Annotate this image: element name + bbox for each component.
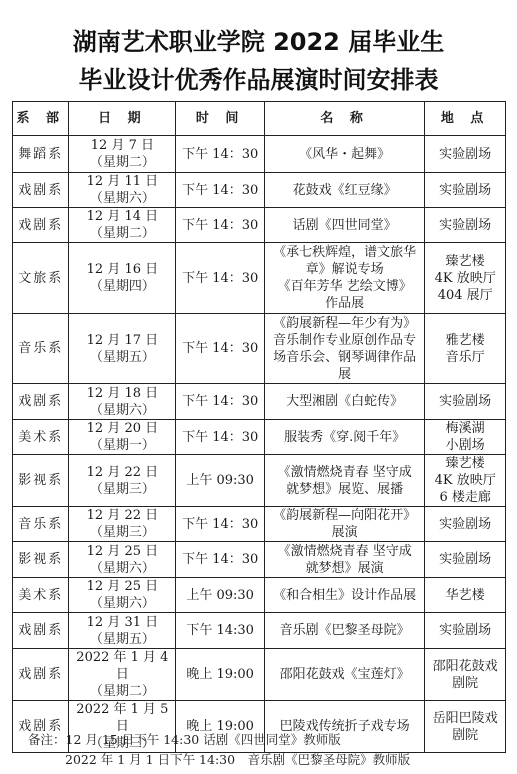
cell-name: 大型湘剧《白蛇传》	[265, 384, 425, 420]
cell-venue: 臻艺楼4K 放映厅404 展厅	[425, 243, 506, 314]
cell-date-line: （星期二）	[71, 225, 173, 242]
table-body: 舞蹈系12 月 7 日（星期二）下午 14：30《风华・起舞》实验剧场戏剧系12…	[13, 136, 506, 753]
cell-date-line: （星期六）	[71, 190, 173, 207]
cell-name-line: 场音乐会、钢琴调律作品	[267, 349, 422, 366]
cell-time: 下午 14：30	[176, 542, 265, 578]
cell-venue-line: 雅艺楼	[427, 332, 503, 349]
header-date: 日 期	[69, 102, 176, 136]
cell-name-line: 音乐制作专业原创作品专	[267, 332, 422, 349]
cell-time: 下午 14：30	[176, 420, 265, 455]
table-row: 戏剧系12 月 11 日（星期六）下午 14：30花鼓戏《红豆缘》实验剧场	[13, 173, 506, 208]
table-row: 戏剧系2022 年 1 月 4 日（星期二）晚上 19:00邵阳花鼓戏《宝莲灯》…	[13, 649, 506, 701]
cell-name: 《承七秩辉煌，谱文旅华章》解说专场《百年芳华 艺绘文博》作品展	[265, 243, 425, 314]
cell-venue-line: 404 展厅	[427, 287, 503, 304]
cell-venue: 实验剧场	[425, 507, 506, 542]
cell-date: 12 月 17 日（星期五）	[69, 314, 176, 384]
cell-date: 12 月 31 日（星期五）	[69, 613, 176, 649]
cell-venue-line: 实验剧场	[427, 146, 503, 163]
cell-time: 下午 14：30	[176, 314, 265, 384]
cell-department: 戏剧系	[13, 173, 69, 208]
cell-name: 《激情燃烧青春 坚守成就梦想》展览、展播	[265, 455, 425, 507]
cell-date-line: 2022 年 1 月 4 日	[71, 649, 173, 683]
table-row: 文旅系12 月 16 日（星期四）下午 14：30《承七秩辉煌，谱文旅华章》解说…	[13, 243, 506, 314]
cell-department: 影视系	[13, 455, 69, 507]
header-venue: 地 点	[425, 102, 506, 136]
cell-date: 12 月 22 日（星期三）	[69, 455, 176, 507]
cell-venue: 实验剧场	[425, 136, 506, 173]
cell-name: 《风华・起舞》	[265, 136, 425, 173]
cell-department: 文旅系	[13, 243, 69, 314]
cell-venue-line: 臻艺楼	[427, 455, 503, 472]
cell-time: 下午 14：30	[176, 384, 265, 420]
header-time: 时 间	[176, 102, 265, 136]
cell-name: 《韵展新程—向阳花开》展演	[265, 507, 425, 542]
cell-date: 12 月 25 日（星期六）	[69, 542, 176, 578]
cell-time: 下午 14：30	[176, 243, 265, 314]
cell-name: 话剧《四世同堂》	[265, 208, 425, 243]
cell-date: 12 月 20 日（星期一）	[69, 420, 176, 455]
cell-time: 下午 14：30	[176, 136, 265, 173]
cell-department: 舞蹈系	[13, 136, 69, 173]
cell-date: 12 月 25 日（星期六）	[69, 578, 176, 613]
cell-venue: 岳阳巴陵戏剧院	[425, 701, 506, 753]
cell-name-line: 就梦想》展演	[267, 560, 422, 577]
cell-name-line: 章》解说专场	[267, 261, 422, 278]
cell-department: 戏剧系	[13, 384, 69, 420]
cell-time: 下午 14：30	[176, 208, 265, 243]
cell-date-line: 12 月 31 日	[71, 614, 173, 631]
cell-venue-line: 4K 放映厅	[427, 270, 503, 287]
cell-venue: 实验剧场	[425, 208, 506, 243]
cell-date-line: （星期四）	[71, 278, 173, 295]
cell-department: 戏剧系	[13, 649, 69, 701]
cell-name: 花鼓戏《红豆缘》	[265, 173, 425, 208]
cell-venue-line: 梅溪湖	[427, 420, 503, 437]
cell-date-line: 12 月 16 日	[71, 261, 173, 278]
cell-date: 12 月 18 日（星期六）	[69, 384, 176, 420]
cell-date-line: 12 月 25 日	[71, 578, 173, 595]
cell-name-line: 《激情燃烧青春 坚守成	[267, 543, 422, 560]
cell-date-line: 12 月 17 日	[71, 332, 173, 349]
cell-name-line: 展演	[267, 524, 422, 541]
table-row: 戏剧系12 月 14 日（星期二）下午 14：30话剧《四世同堂》实验剧场	[13, 208, 506, 243]
cell-department: 戏剧系	[13, 208, 69, 243]
cell-venue: 臻艺楼4K 放映厅6 楼走廊	[425, 455, 506, 507]
cell-name-line: 《承七秩辉煌，谱文旅华	[267, 244, 422, 261]
schedule-table: 系 部 日 期 时 间 名 称 地 点 舞蹈系12 月 7 日（星期二）下午 1…	[12, 101, 506, 753]
cell-date-line: （星期六）	[71, 560, 173, 577]
cell-name-line: 《风华・起舞》	[267, 146, 422, 163]
cell-time: 下午 14：30	[176, 507, 265, 542]
cell-date-line: 12 月 7 日	[71, 137, 173, 154]
cell-name-line: 展	[267, 366, 422, 383]
cell-department: 美术系	[13, 420, 69, 455]
cell-time: 下午 14:30	[176, 613, 265, 649]
cell-venue: 华艺楼	[425, 578, 506, 613]
document-title-line1: 湖南艺术职业学院 2022 届毕业生	[0, 24, 517, 60]
table-row: 美术系12 月 20 日（星期一）下午 14：30服装秀《穿.阅千年》梅溪湖小剧…	[13, 420, 506, 455]
cell-date-line: （星期一）	[71, 437, 173, 454]
table-row: 戏剧系12 月 18 日（星期六）下午 14：30大型湘剧《白蛇传》实验剧场	[13, 384, 506, 420]
cell-date-line: 12 月 22 日	[71, 464, 173, 481]
cell-name: 《和合相生》设计作品展	[265, 578, 425, 613]
cell-venue: 实验剧场	[425, 384, 506, 420]
cell-name: 《激情燃烧青春 坚守成就梦想》展演	[265, 542, 425, 578]
cell-date: 12 月 22 日（星期三）	[69, 507, 176, 542]
cell-time: 上午 09:30	[176, 578, 265, 613]
cell-venue-line: 实验剧场	[427, 393, 503, 410]
cell-department: 戏剧系	[13, 613, 69, 649]
cell-venue-line: 剧院	[427, 675, 503, 692]
cell-time: 晚上 19:00	[176, 649, 265, 701]
cell-name-line: 作品展	[267, 295, 422, 312]
table-row: 音乐系12 月 22 日（星期三）下午 14：30《韵展新程—向阳花开》展演实验…	[13, 507, 506, 542]
header-department: 系 部	[13, 102, 69, 136]
cell-venue-line: 岳阳巴陵戏	[427, 710, 503, 727]
cell-venue-line: 华艺楼	[427, 587, 503, 604]
cell-name: 服装秀《穿.阅千年》	[265, 420, 425, 455]
cell-time: 上午 09:30	[176, 455, 265, 507]
cell-venue-line: 音乐厅	[427, 349, 503, 366]
cell-date-line: 12 月 14 日	[71, 208, 173, 225]
cell-date-line: （星期六）	[71, 595, 173, 612]
cell-department: 音乐系	[13, 507, 69, 542]
cell-name-line: 邵阳花鼓戏《宝莲灯》	[267, 666, 422, 683]
cell-venue-line: 邵阳花鼓戏	[427, 658, 503, 675]
cell-venue-line: 剧院	[427, 727, 503, 744]
cell-date-line: 12 月 18 日	[71, 385, 173, 402]
cell-venue-line: 实验剧场	[427, 622, 503, 639]
cell-venue-line: 4K 放映厅	[427, 472, 503, 489]
cell-name-line: 《韵展新程—年少有为》	[267, 315, 422, 332]
table-row: 美术系12 月 25 日（星期六）上午 09:30《和合相生》设计作品展华艺楼	[13, 578, 506, 613]
cell-name-line: 《韵展新程—向阳花开》	[267, 507, 422, 524]
cell-name-line: 就梦想》展览、展播	[267, 481, 422, 498]
cell-date: 12 月 7 日（星期二）	[69, 136, 176, 173]
cell-name-line: 《百年芳华 艺绘文博》	[267, 278, 422, 295]
table-row: 影视系12 月 25 日（星期六）下午 14：30《激情燃烧青春 坚守成就梦想》…	[13, 542, 506, 578]
cell-date: 12 月 14 日（星期二）	[69, 208, 176, 243]
cell-date-line: （星期五）	[71, 631, 173, 648]
cell-name-line: 音乐剧《巴黎圣母院》	[267, 622, 422, 639]
cell-venue-line: 实验剧场	[427, 182, 503, 199]
cell-date: 12 月 11 日（星期六）	[69, 173, 176, 208]
table-row: 影视系12 月 22 日（星期三）上午 09:30《激情燃烧青春 坚守成就梦想》…	[13, 455, 506, 507]
table-row: 舞蹈系12 月 7 日（星期二）下午 14：30《风华・起舞》实验剧场	[13, 136, 506, 173]
cell-name-line: 服装秀《穿.阅千年》	[267, 429, 422, 446]
cell-venue: 邵阳花鼓戏剧院	[425, 649, 506, 701]
cell-date: 2022 年 1 月 4 日（星期二）	[69, 649, 176, 701]
cell-name: 《韵展新程—年少有为》音乐制作专业原创作品专场音乐会、钢琴调律作品展	[265, 314, 425, 384]
cell-name: 邵阳花鼓戏《宝莲灯》	[265, 649, 425, 701]
cell-venue-line: 实验剧场	[427, 516, 503, 533]
cell-date-line: 12 月 20 日	[71, 420, 173, 437]
cell-date-line: 12 月 25 日	[71, 543, 173, 560]
table-header-row: 系 部 日 期 时 间 名 称 地 点	[13, 102, 506, 136]
cell-date-line: （星期二）	[71, 154, 173, 171]
cell-name-line: 话剧《四世同堂》	[267, 217, 422, 234]
document-title-line2: 毕业设计优秀作品展演时间安排表	[0, 62, 517, 98]
cell-venue-line: 小剧场	[427, 437, 503, 454]
cell-venue: 实验剧场	[425, 542, 506, 578]
cell-department: 音乐系	[13, 314, 69, 384]
cell-time: 下午 14：30	[176, 173, 265, 208]
cell-date-line: 12 月 11 日	[71, 173, 173, 190]
cell-department: 美术系	[13, 578, 69, 613]
cell-date-line: （星期三）	[71, 481, 173, 498]
cell-name-line: 《和合相生》设计作品展	[267, 587, 422, 604]
note-line2: 2022 年 1 月 1 日下午 14:30 音乐剧《巴黎圣母院》教师版	[65, 750, 410, 770]
cell-date-line: （星期三）	[71, 524, 173, 541]
table-row: 音乐系12 月 17 日（星期五）下午 14：30《韵展新程—年少有为》音乐制作…	[13, 314, 506, 384]
table-row: 戏剧系12 月 31 日（星期五）下午 14:30音乐剧《巴黎圣母院》实验剧场	[13, 613, 506, 649]
cell-name: 音乐剧《巴黎圣母院》	[265, 613, 425, 649]
cell-name-line: 《激情燃烧青春 坚守成	[267, 464, 422, 481]
cell-date-line: （星期六）	[71, 402, 173, 419]
cell-date: 12 月 16 日（星期四）	[69, 243, 176, 314]
cell-venue-line: 实验剧场	[427, 217, 503, 234]
note-line1: 备注：12 月 15 日下午 14:30 话剧《四世同堂》教师版	[28, 730, 341, 750]
header-name: 名 称	[265, 102, 425, 136]
cell-name-line: 大型湘剧《白蛇传》	[267, 393, 422, 410]
cell-venue: 实验剧场	[425, 613, 506, 649]
cell-date-line: （星期五）	[71, 349, 173, 366]
cell-venue-line: 臻艺楼	[427, 253, 503, 270]
cell-department: 影视系	[13, 542, 69, 578]
cell-date-line: 12 月 22 日	[71, 507, 173, 524]
cell-venue: 实验剧场	[425, 173, 506, 208]
cell-venue-line: 实验剧场	[427, 551, 503, 568]
cell-venue: 雅艺楼音乐厅	[425, 314, 506, 384]
cell-date-line: （星期二）	[71, 683, 173, 700]
cell-name-line: 花鼓戏《红豆缘》	[267, 182, 422, 199]
cell-venue: 梅溪湖小剧场	[425, 420, 506, 455]
cell-venue-line: 6 楼走廊	[427, 489, 503, 506]
